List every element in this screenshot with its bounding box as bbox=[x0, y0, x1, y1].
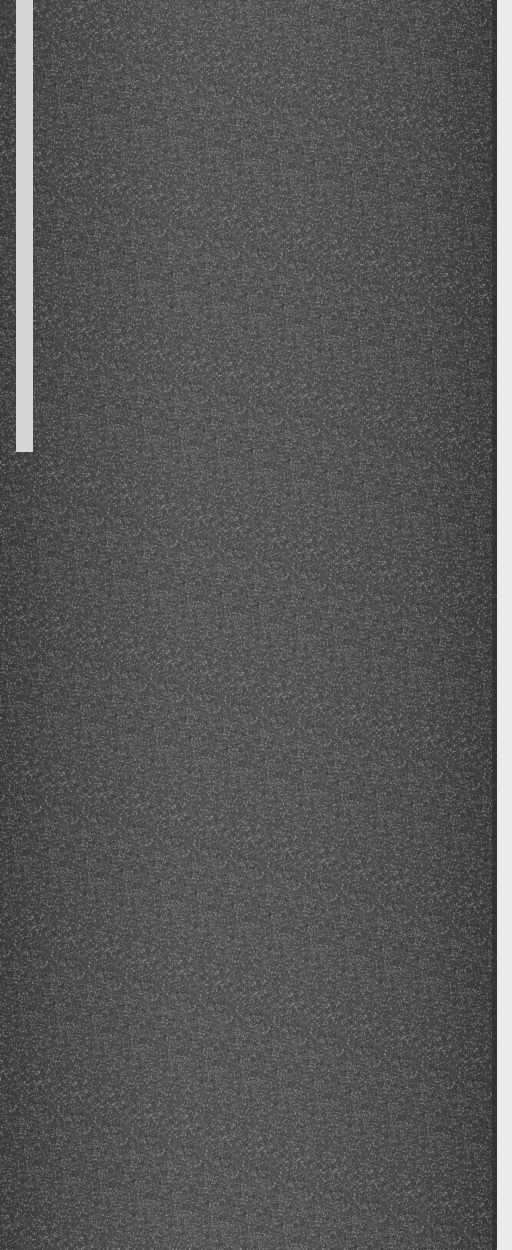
road-edge bbox=[497, 0, 512, 1250]
lane-marking bbox=[16, 0, 33, 452]
asphalt-texture bbox=[0, 0, 512, 1250]
asphalt-surface bbox=[0, 0, 512, 1250]
